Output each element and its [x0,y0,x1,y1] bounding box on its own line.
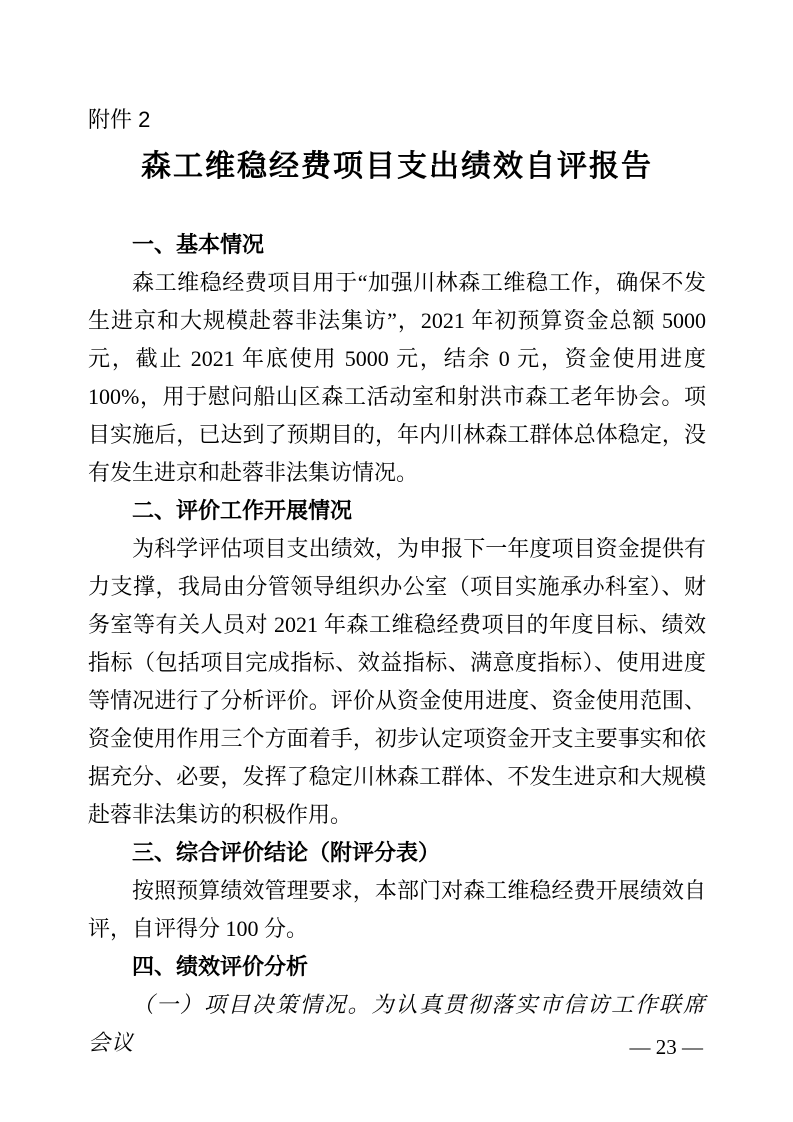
page-number: — 23 — [630,1034,704,1060]
attachment-label: 附件 2 [88,106,706,134]
paragraph-evaluation-work: 为科学评估项目支出绩效，为申报下一年度项目资金提供有力支撑，我局由分管领导组织办… [88,530,706,834]
section-heading-basic-info: 一、基本情况 [88,226,706,264]
paragraph-overall-conclusion: 按照预算绩效管理要求，本部门对森工维稳经费开展绩效自评，自评得分 100 分。 [88,872,706,948]
paragraph-basic-info: 森工维稳经费项目用于“加强川林森工维稳工作，确保不发生进京和大规模赴蓉非法集访”… [88,264,706,492]
section-heading-evaluation-work: 二、评价工作开展情况 [88,492,706,530]
paragraph-project-decision: （一）项目决策情况。为认真贯彻落实市信访工作联席会议 [88,986,706,1062]
page-title: 森工维稳经费项目支出绩效自评报告 [88,146,706,188]
document-content: 附件 2 森工维稳经费项目支出绩效自评报告 一、基本情况 森工维稳经费项目用于“… [88,106,706,1062]
document-page: 附件 2 森工维稳经费项目支出绩效自评报告 一、基本情况 森工维稳经费项目用于“… [0,0,793,1122]
section-heading-performance-analysis: 四、绩效评价分析 [88,948,706,986]
section-heading-overall-conclusion: 三、综合评价结论（附评分表） [88,834,706,872]
